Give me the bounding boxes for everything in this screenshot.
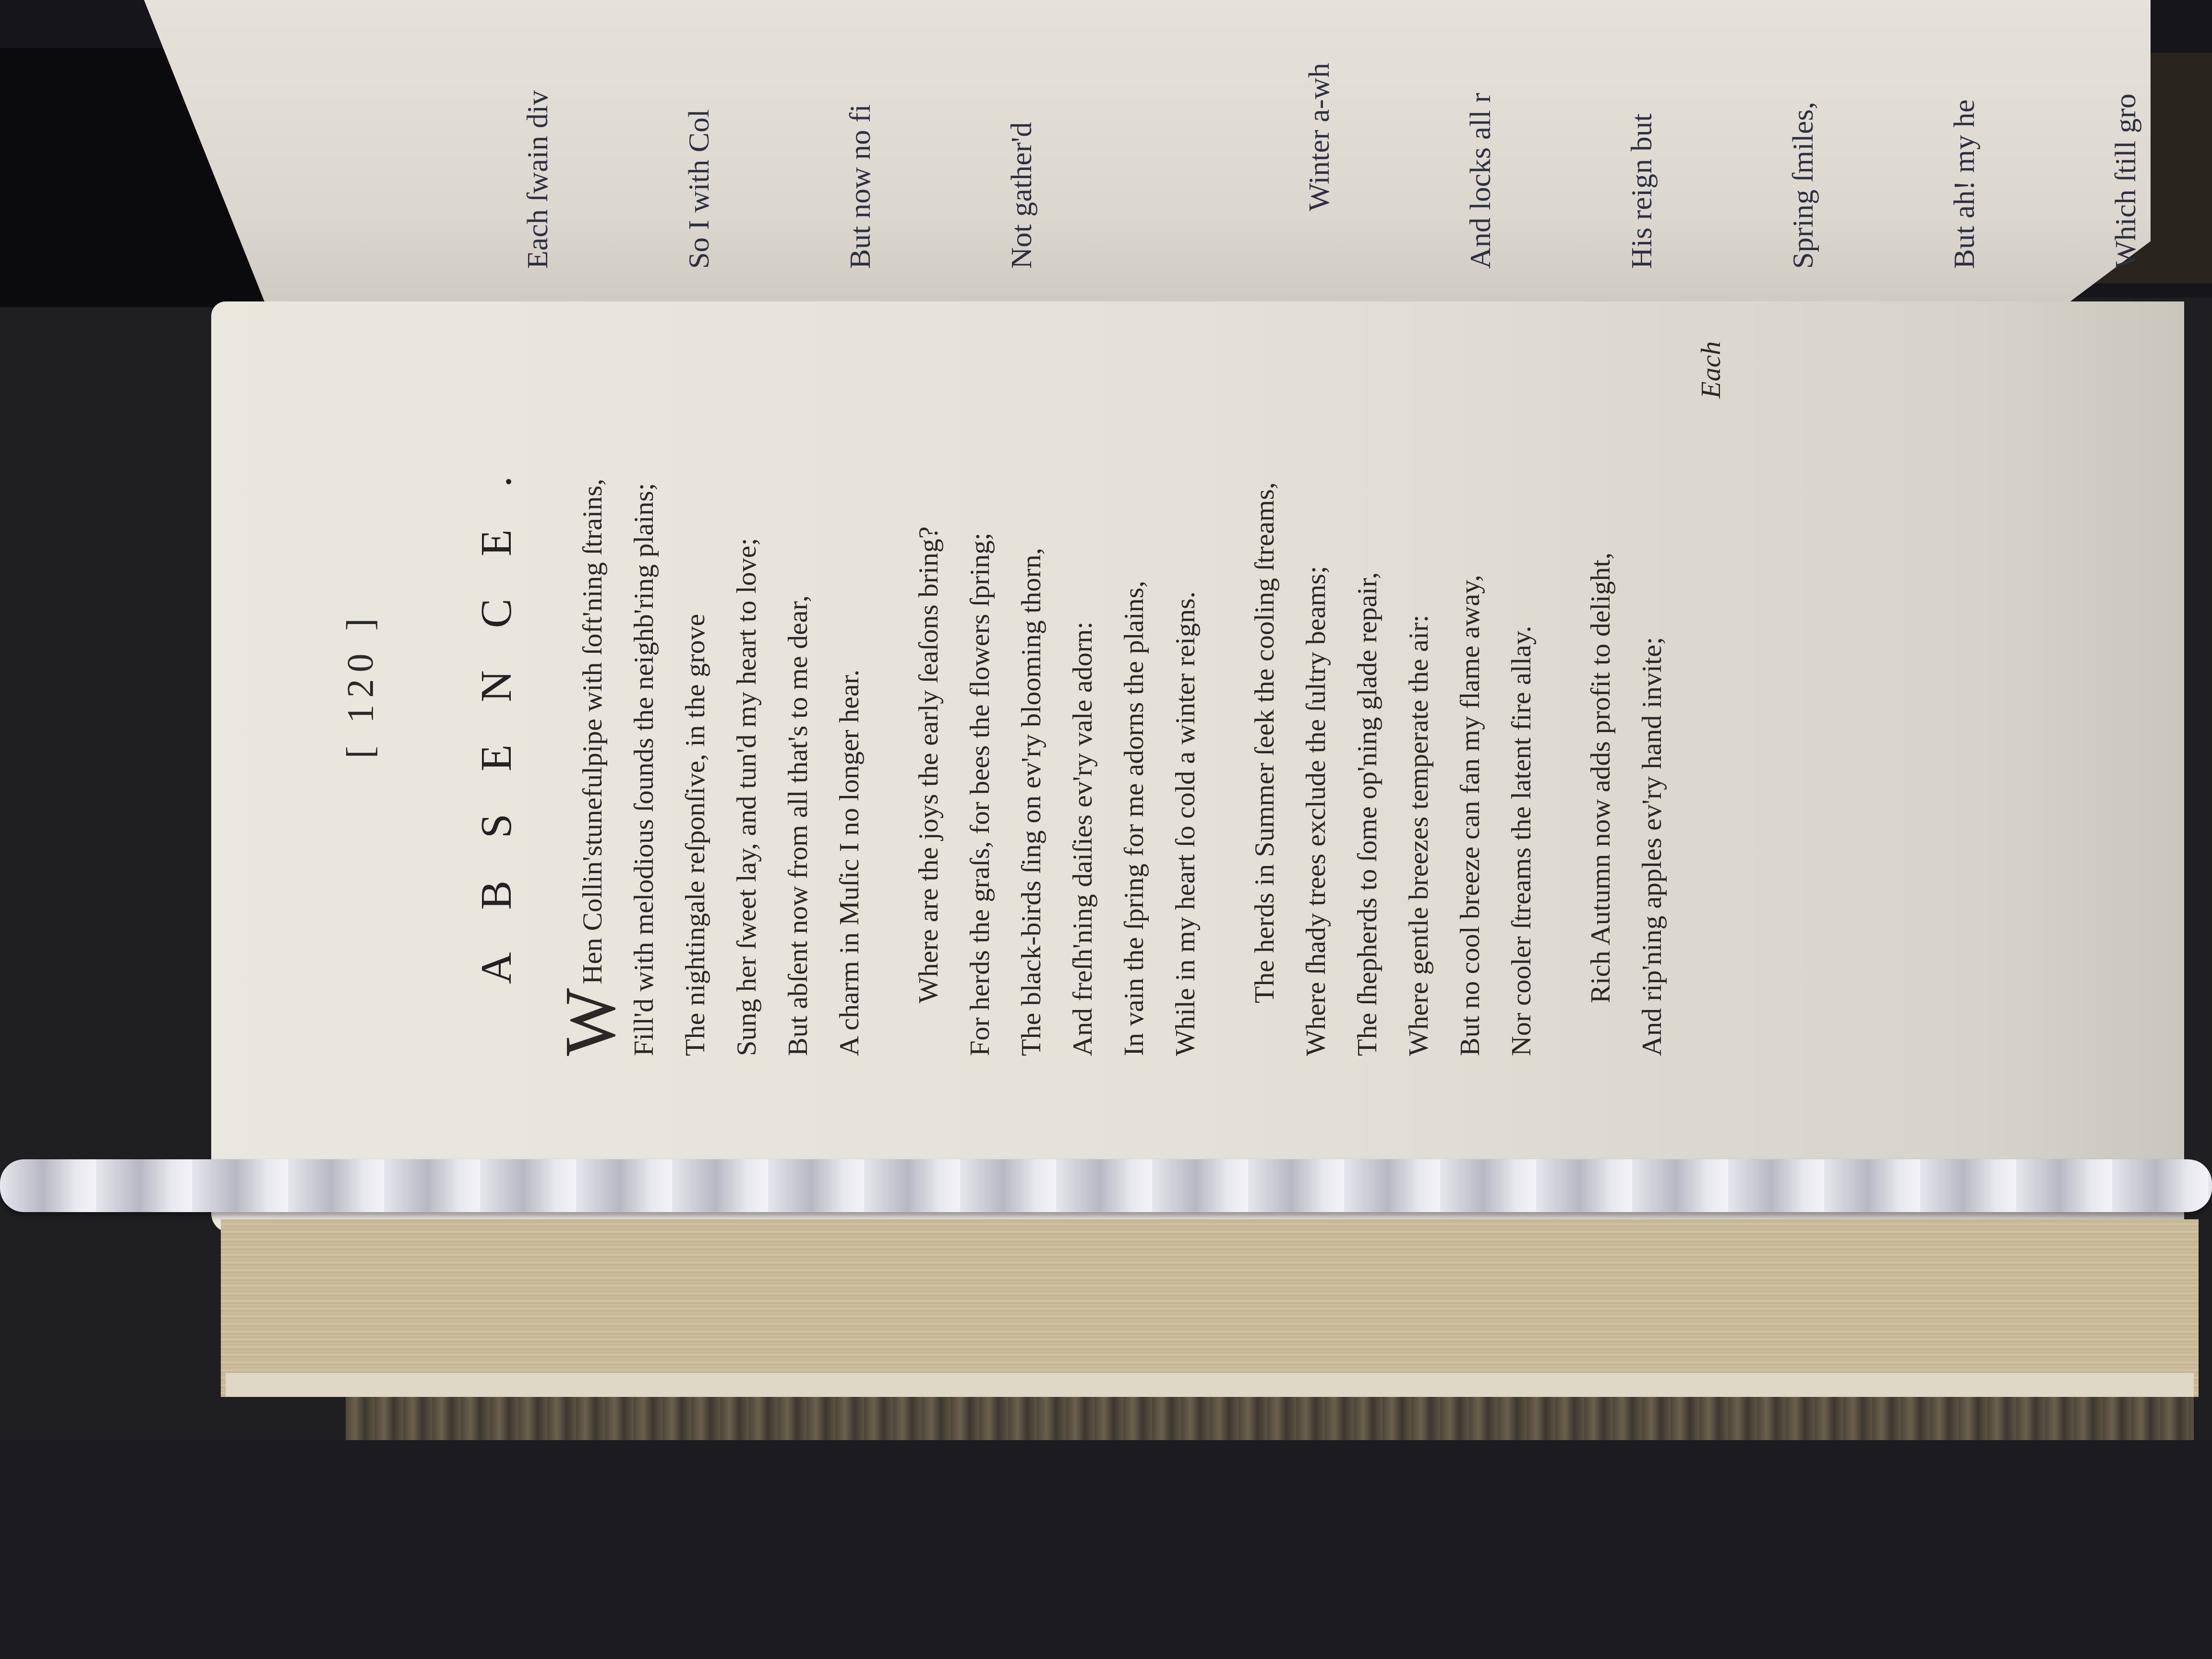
poem-line: Where gentle breezes temperate the air:: [1393, 479, 1444, 1056]
stanza-2: Where are the joys the early ſeaſons bri…: [902, 479, 1211, 1056]
facing-line: But ah! my he: [1937, 63, 1991, 269]
stanza-1: WHen Collin'stunefulpipe with ſoft'ning …: [566, 479, 875, 1056]
facing-line: Winter a-wh: [1292, 63, 1346, 269]
book-snake-weight[interactable]: [0, 1159, 2212, 1212]
poem-line: And freſh'ning daiſies ev'ry vale adorn:: [1057, 479, 1108, 1056]
poem-line: The nightingale reſponſive, in the grove: [669, 479, 721, 1056]
page-number: [ 120 ]: [338, 612, 382, 758]
poem-line: In vain the ſpring for me adorns the pla…: [1108, 479, 1159, 1056]
catchword: Each: [1695, 341, 1727, 398]
facing-line: His reign but: [1615, 63, 1669, 269]
stanza-gap: [1156, 63, 1185, 269]
poem-line: The ſhepherds to ſome op'ning glade repa…: [1341, 479, 1393, 1056]
facing-line: And locks all r: [1454, 63, 1507, 269]
poem-line: Rich Autumn now adds profit to delight,: [1575, 479, 1626, 1056]
poem-body: WHen Collin'stunefulpipe with ſoft'ning …: [566, 479, 1705, 1056]
poem-line: Where are the joys the early ſeaſons bri…: [902, 479, 954, 1056]
facing-line: So I with Col: [672, 63, 726, 269]
poem-line: WHen Collin'stunefulpipe with ſoft'ning …: [566, 479, 618, 1056]
endpaper-edge: [226, 1373, 2194, 1397]
facing-page-text: Each ſwain div So I with Col But now no …: [403, 63, 2206, 269]
poem-line: The herds in Summer ſeek the cooling ſtr…: [1238, 479, 1290, 1056]
facing-line: Which ſtill gro: [2099, 63, 2152, 269]
facing-line: Each ſwain div: [511, 63, 565, 269]
poem-line: And rip'ning apples ev'ry hand invite;: [1626, 479, 1677, 1056]
poem-line: The black-birds ſing on ev'ry blooming t…: [1005, 479, 1057, 1056]
poem-line: For herds the graſs, for bees the flower…: [954, 479, 1005, 1056]
poem-line: But abſent now from all that's to me dea…: [772, 479, 823, 1056]
facing-line: Spring ſmiles,: [1776, 63, 1830, 269]
poem-line: Where ſhady trees exclude the ſultry bea…: [1290, 479, 1341, 1056]
facing-line: But now no fi: [833, 63, 887, 269]
drop-cap: W: [566, 988, 614, 1056]
poem-line: A charm in Muſic I no longer hear.: [823, 479, 875, 1056]
page-fore-edge: [221, 1219, 2199, 1397]
facing-line: Not gather'd: [995, 63, 1048, 269]
poem-line: But no cool breeze can fan my flame away…: [1444, 479, 1495, 1056]
poem-line: Sung her ſweet lay, and tun'd my heart t…: [721, 479, 772, 1056]
poem-title: ABSENCE.: [470, 434, 521, 984]
poem-line: While in my heart ſo cold a winter reign…: [1159, 479, 1211, 1056]
poem-line-text: Hen Collin'stunefulpipe with ſoft'ning ſ…: [577, 479, 608, 985]
poem-line: Fill'd with melodious ſounds the neighb'…: [618, 479, 669, 1056]
stanza-4: Rich Autumn now adds profit to delight, …: [1575, 479, 1677, 1056]
poem-line: Nor cooler ſtreams the latent fire allay…: [1495, 479, 1547, 1056]
marbled-cover-edge: [346, 1397, 2194, 1440]
background-cloth: [0, 1440, 2212, 1659]
stanza-3: The herds in Summer ſeek the cooling ſtr…: [1238, 479, 1547, 1056]
